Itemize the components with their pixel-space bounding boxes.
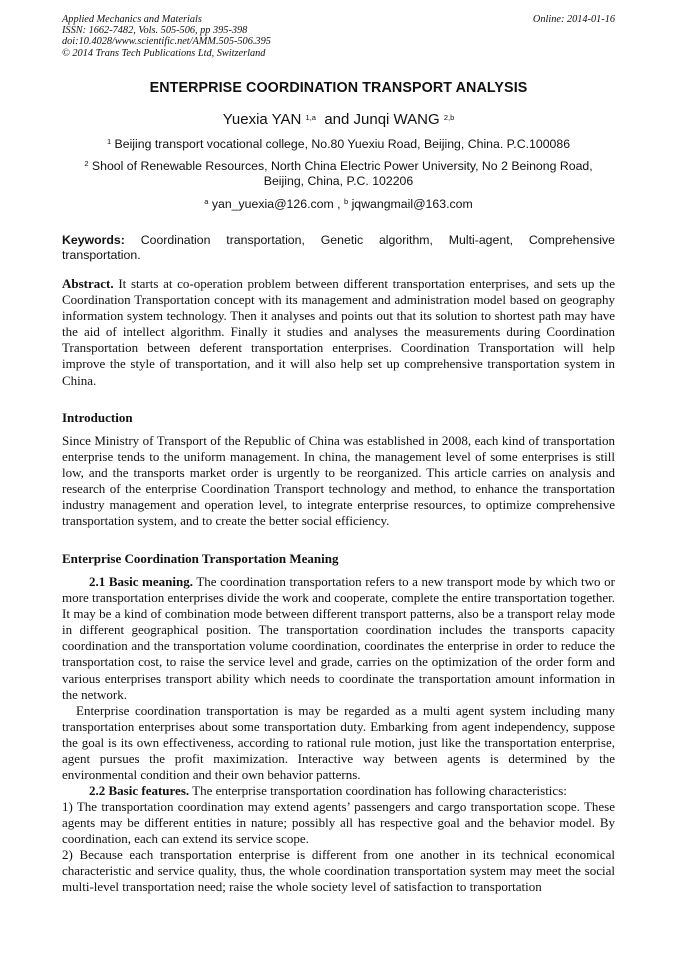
section2-heading: Enterprise Coordination Transportation M…: [62, 551, 615, 567]
emails-line: a yan_yuexia@126.com , b jqwangmail@163.…: [62, 197, 615, 212]
email-sup: b: [344, 197, 348, 206]
email-separator: ,: [334, 197, 344, 211]
affiliation-text: Shool of Renewable Resources, North Chin…: [92, 159, 593, 188]
multi-agent-paragraph: Enterprise coordination transportation i…: [62, 703, 615, 783]
basic-features-paragraph: 2.2 Basic features. The enterprise trans…: [62, 783, 615, 799]
affiliation-sup: 2: [84, 159, 88, 168]
basic-features-label: 2.2 Basic features.: [89, 783, 189, 798]
author-sup: 2,b: [444, 113, 454, 122]
issn-line: ISSN: 1662-7482, Vols. 505-506, pp 395-3…: [62, 25, 615, 36]
paper-title: ENTERPRISE COORDINATION TRANSPORT ANALYS…: [62, 80, 615, 96]
journal-header: Applied Mechanics and Materials ISSN: 16…: [62, 14, 615, 59]
affiliation-1: 1 Beijing transport vocational college, …: [62, 137, 615, 152]
feature-item-1: 1) The transportation coordination may e…: [62, 799, 615, 847]
affiliation-text: Beijing transport vocational college, No…: [115, 137, 571, 151]
keywords-text: Coordination transportation, Genetic alg…: [62, 233, 615, 262]
copyright-line: © 2014 Trans Tech Publications Ltd, Swit…: [62, 48, 615, 59]
feature-item-2: 2) Because each transportation enterpris…: [62, 847, 615, 895]
basic-meaning-paragraph: 2.1 Basic meaning. The coordination tran…: [62, 574, 615, 703]
author-sup: 1,a: [306, 113, 316, 122]
author-name: Yuexia YAN: [223, 111, 302, 128]
email-b: jqwangmail@163.com: [352, 197, 473, 211]
keywords-label: Keywords:: [62, 233, 125, 247]
affiliation-sup: 1: [107, 137, 111, 146]
online-date: Online: 2014-01-16: [533, 14, 615, 25]
author-name: Junqi WANG: [354, 111, 440, 128]
abstract: Abstract. It starts at co-operation prob…: [62, 276, 615, 389]
doi-line: doi:10.4028/www.scientific.net/AMM.505-5…: [62, 36, 615, 47]
introduction-text: Since Ministry of Transport of the Repub…: [62, 433, 615, 530]
basic-meaning-text: The coordination transportation refers t…: [62, 574, 615, 702]
email-a: yan_yuexia@126.com: [212, 197, 334, 211]
keywords: Keywords: Coordination transportation, G…: [62, 233, 615, 262]
authors-joiner: and: [324, 111, 349, 128]
basic-meaning-label: 2.1 Basic meaning.: [89, 574, 193, 589]
authors-line: Yuexia YAN 1,a and Junqi WANG 2,b: [62, 111, 615, 128]
abstract-label: Abstract.: [62, 276, 114, 291]
affiliation-2: 2 Shool of Renewable Resources, North Ch…: [62, 159, 615, 188]
abstract-text: It starts at co-operation problem betwee…: [62, 276, 615, 388]
introduction-heading: Introduction: [62, 410, 615, 426]
basic-features-text: The enterprise transportation coordinati…: [192, 783, 567, 798]
email-sup: a: [204, 197, 208, 206]
